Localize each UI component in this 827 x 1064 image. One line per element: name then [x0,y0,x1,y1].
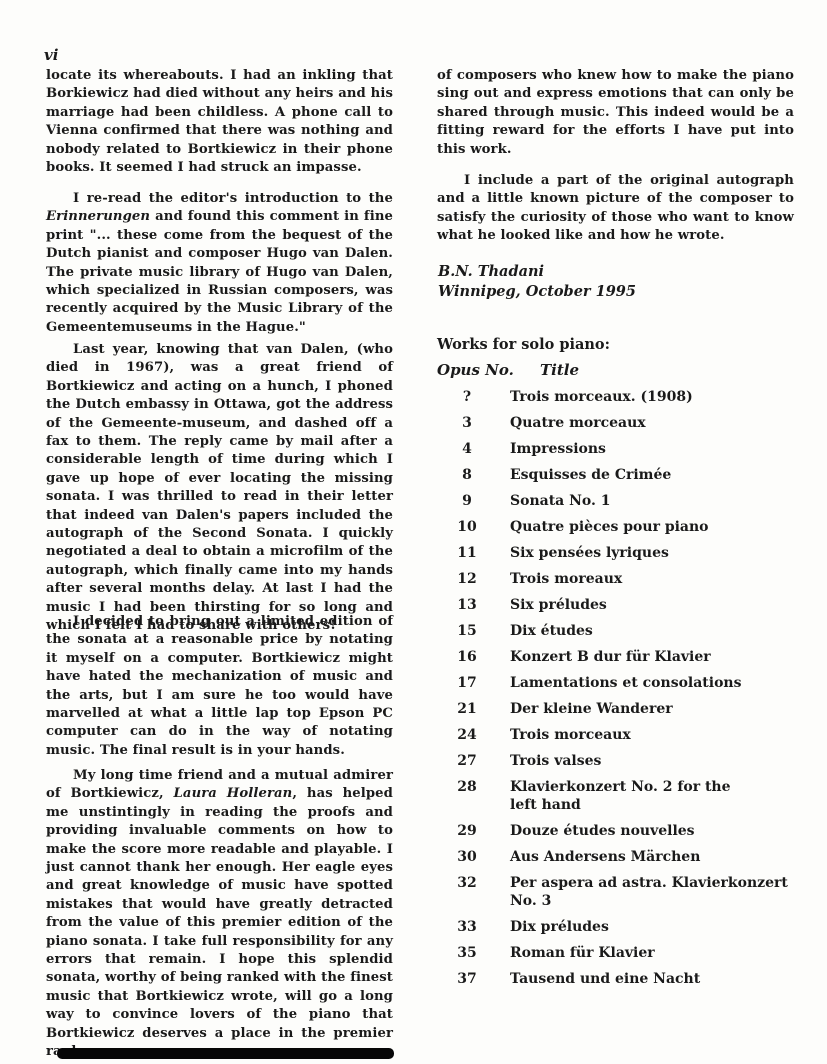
opus-number: 4 [447,440,487,458]
left-paragraph-2: I re-read the editor's introduction to t… [46,190,393,337]
scan-artifact-bar [57,1048,394,1059]
opus-number: 27 [447,752,487,770]
work-title: Konzert B dur für Klavier [510,648,800,666]
work-title: Aus Andersens Märchen [510,848,800,866]
work-title: Dix préludes [510,918,800,936]
opus-number: 32 [447,874,487,892]
works-row: 17Lamentations et consolations [437,674,807,692]
opus-number: 17 [447,674,487,692]
signature-author: B.N. Thadani [438,262,636,282]
works-row: 13Six préludes [437,596,807,614]
opus-number: 37 [447,970,487,988]
works-row: 15Dix études [437,622,807,640]
opus-number: 16 [447,648,487,666]
works-column-headers: Opus No. Title [437,361,797,379]
text-run: , has helped me unstintingly in reading … [46,786,393,1059]
right-paragraph-1: of composers who knew how to make the pi… [437,67,794,159]
page-number: vi [44,46,58,64]
works-row: 32Per aspera ad astra. Klavierkonzert No… [437,874,807,910]
works-row: 35Roman für Klavier [437,944,807,962]
works-row: 28Klavierkonzert No. 2 for the left hand [437,778,807,814]
works-row: 21Der kleine Wanderer [437,700,807,718]
works-row: 8Esquisses de Crimée [437,466,807,484]
left-paragraph-4: I decided to bring out a limited edition… [46,613,393,760]
opus-number: 15 [447,622,487,640]
opus-number: 11 [447,544,487,562]
work-title: Dix études [510,622,800,640]
works-row: 16Konzert B dur für Klavier [437,648,807,666]
scanned-document-page: vi locate its whereabouts. I had an inkl… [0,0,827,1064]
italic-text-run: Laura Holleran [174,786,293,801]
work-title: Trois morceaux [510,726,800,744]
text-run: of composers who knew how to make the pi… [437,68,794,157]
text-run: Last year, knowing that van Dalen, (who … [46,342,393,633]
work-title: Impressions [510,440,800,458]
work-title: Der kleine Wanderer [510,700,800,718]
work-title: Trois moreaux [510,570,800,588]
work-title: Six pensées lyriques [510,544,800,562]
opus-number: 29 [447,822,487,840]
text-run: I include a part of the original autogra… [437,173,794,243]
text-run: I decided to bring out a limited edition… [46,614,393,758]
works-row: 9Sonata No. 1 [437,492,807,510]
works-row: 30Aus Andersens Märchen [437,848,807,866]
works-row: 33Dix préludes [437,918,807,936]
works-row: ?Trois morceaux. (1908) [437,388,807,406]
work-title: Tausend und eine Nacht [510,970,800,988]
works-list: ?Trois morceaux. (1908)3Quatre morceaux4… [437,388,807,996]
opus-number: 35 [447,944,487,962]
text-run: I re-read the editor's introduction to t… [73,191,393,206]
left-paragraph-3: Last year, knowing that van Dalen, (who … [46,341,393,636]
left-paragraph-5: My long time friend and a mutual admirer… [46,767,393,1062]
opus-number: 12 [447,570,487,588]
opus-number: 21 [447,700,487,718]
works-row: 29Douze études nouvelles [437,822,807,840]
opus-number: 8 [447,466,487,484]
opus-number: 33 [447,918,487,936]
works-row: 24Trois morceaux [437,726,807,744]
opus-number: 13 [447,596,487,614]
right-paragraph-2: I include a part of the original autogra… [437,172,794,246]
opus-number: 30 [447,848,487,866]
work-title: Per aspera ad astra. Klavierkonzert No. … [510,874,800,910]
work-title: Quatre pièces pour piano [510,518,800,536]
italic-text-run: Erinnerungen [46,209,150,224]
opus-number: 9 [447,492,487,510]
work-title: Roman für Klavier [510,944,800,962]
work-title: Trois valses [510,752,800,770]
works-row: 12Trois moreaux [437,570,807,588]
works-row: 10Quatre pièces pour piano [437,518,807,536]
opus-number: ? [447,388,487,406]
signature-block: B.N. Thadani Winnipeg, October 1995 [438,262,636,302]
work-title: Klavierkonzert No. 2 for the left hand [510,778,800,814]
works-row: 3Quatre morceaux [437,414,807,432]
opus-number: 28 [447,778,487,796]
text-run: and found this comment in fine print "..… [46,209,393,334]
works-row: 11Six pensées lyriques [437,544,807,562]
work-title: Six préludes [510,596,800,614]
signature-place-date: Winnipeg, October 1995 [438,282,636,302]
opus-number: 3 [447,414,487,432]
text-run: locate its whereabouts. I had an inkling… [46,68,393,175]
work-title: Douze études nouvelles [510,822,800,840]
title-column-header: Title [540,361,579,379]
opus-column-header: Opus No. [437,361,514,379]
work-title: Sonata No. 1 [510,492,800,510]
opus-number: 10 [447,518,487,536]
work-title: Trois morceaux. (1908) [510,388,800,406]
works-row: 27Trois valses [437,752,807,770]
works-heading: Works for solo piano: [437,336,610,353]
opus-number: 24 [447,726,487,744]
left-paragraph-1: locate its whereabouts. I had an inkling… [46,67,393,177]
works-row: 37Tausend und eine Nacht [437,970,807,988]
works-row: 4Impressions [437,440,807,458]
work-title: Esquisses de Crimée [510,466,800,484]
work-title: Lamentations et consolations [510,674,800,692]
work-title: Quatre morceaux [510,414,800,432]
